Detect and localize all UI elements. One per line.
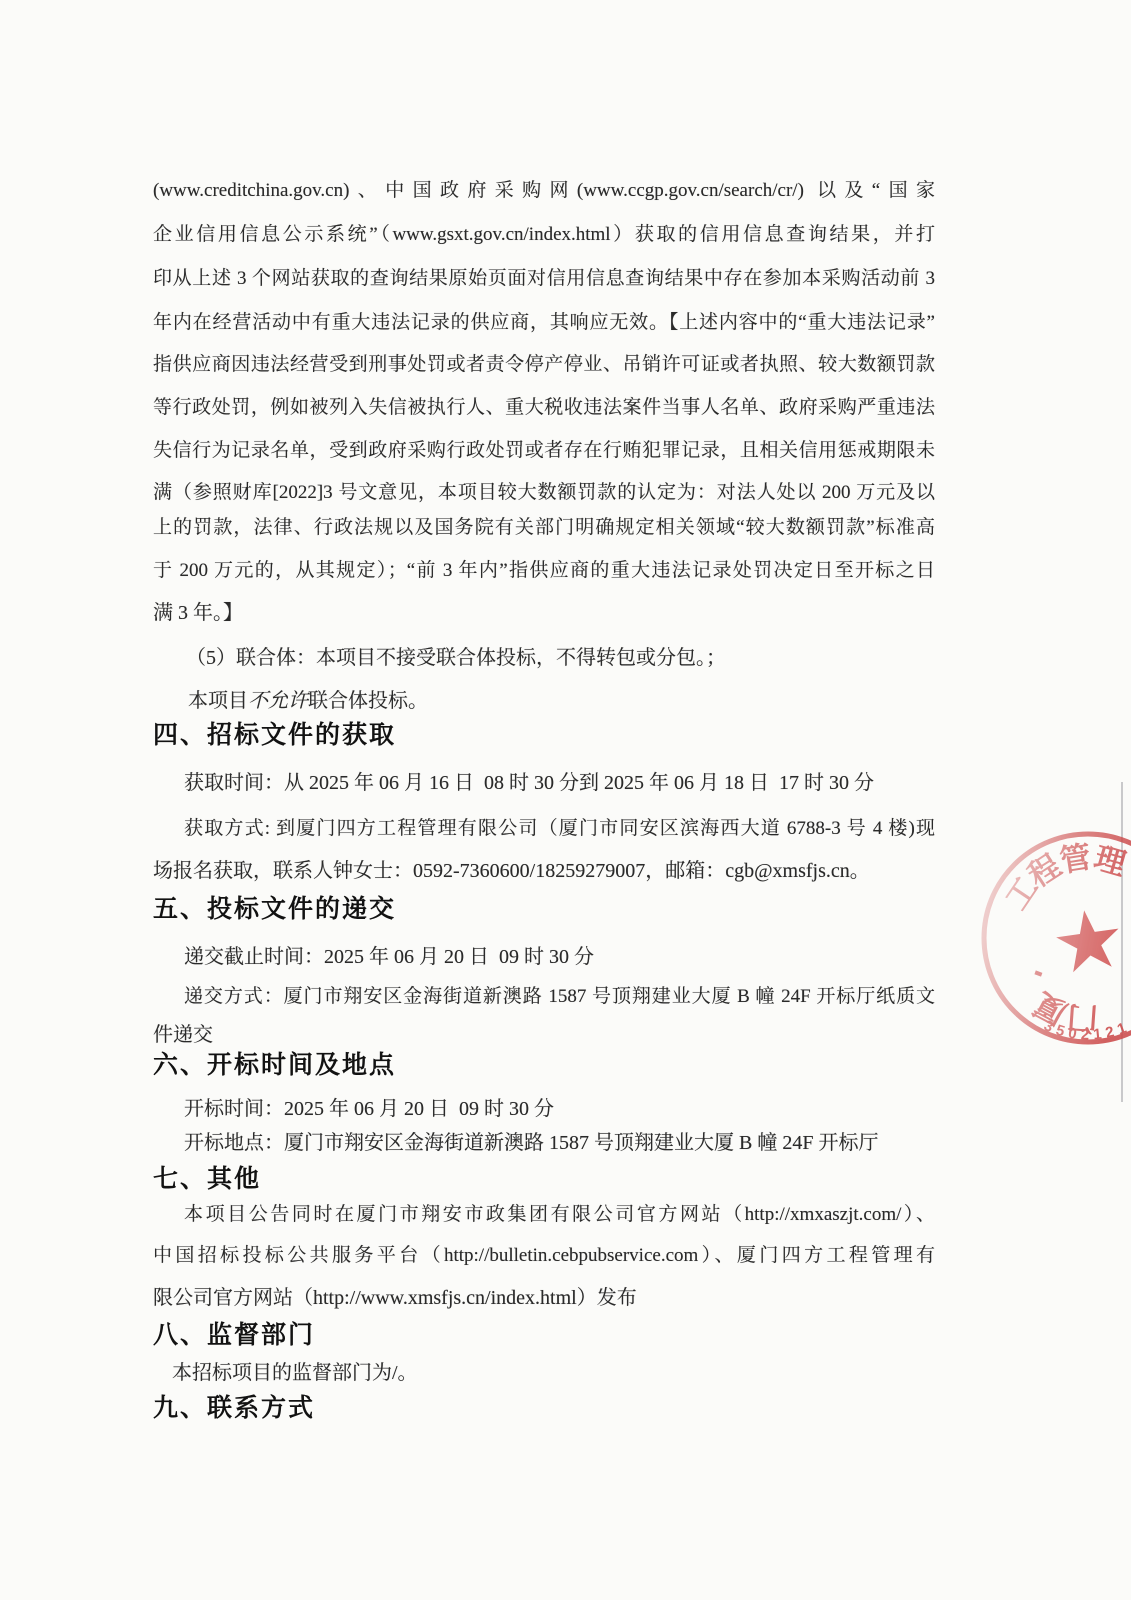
- seal-serial-digit: 2: [1081, 1026, 1090, 1043]
- doc-line: 递交方式：厦门市翔安区金海街道新澳路 1587 号顶翔建业大厦 B 幢 24F …: [184, 984, 935, 1010]
- doc-line: 开标时间：2025 年 06 月 20 日 09 时 30 分: [184, 1096, 554, 1122]
- document-page: (www.creditchina.gov.cn)、中国政府采购网(www.ccg…: [0, 0, 1131, 1600]
- seal-serial-digit: 1: [1092, 1026, 1102, 1044]
- doc-line: 获取方式: 到厦门四方工程管理有限公司（厦门市同安区滨海西大道 6788-3 号…: [184, 816, 935, 842]
- seal-ring-char: 理: [1090, 840, 1129, 882]
- doc-line: 本项目公告同时在厦门市翔安市政集团有限公司官方网站（http://xmxaszj…: [184, 1202, 935, 1228]
- seal-ring-char: 管: [1057, 839, 1093, 878]
- doc-line: 企业信用信息公示系统”（www.gsxt.gov.cn/index.html）获…: [153, 222, 935, 248]
- doc-text: 联合体投标。: [308, 690, 428, 712]
- doc-line: 满 3 年。】: [153, 600, 243, 626]
- seal-smudge: [1034, 970, 1042, 976]
- doc-line: （5）联合体：本项目不接受联合体投标，不得转包或分包。；: [186, 645, 726, 671]
- doc-line: 年内在经营活动中有重大违法记录的供应商，其响应无效。【上述内容中的“重大违法记录…: [153, 310, 935, 336]
- company-seal: ★ 工程管理厦门 3502121: [938, 788, 1131, 1088]
- doc-line: 限公司官方网站（http://www.xmsfjs.cn/index.html）…: [153, 1285, 637, 1311]
- section-heading: 六、开标时间及地点: [153, 1052, 396, 1078]
- doc-line: 开标地点：厦门市翔安区金海街道新澳路 1587 号顶翔建业大厦 B 幢 24F …: [184, 1130, 878, 1156]
- doc-line: 印从上述 3 个网站获取的查询结果原始页面对信用信息查询结果中存在参加本采购活动…: [153, 266, 935, 292]
- section-heading: 七、其他: [153, 1166, 261, 1192]
- doc-line: 失信行为记录名单，受到政府采购行政处罚或者存在行贿犯罪记录，且相关信用惩戒期限未: [153, 438, 935, 464]
- doc-line: 指供应商因违法经营受到刑事处罚或者责令停产停业、吊销许可证或者执照、较大数额罚款: [153, 352, 935, 378]
- star-icon: ★: [1046, 892, 1131, 992]
- doc-line: 中国招标投标公共服务平台（http://bulletin.cebpubservi…: [153, 1243, 935, 1269]
- doc-line: 满（参照财库[2022]3 号文意见，本项目较大数额罚款的认定为：对法人处以 2…: [153, 480, 935, 506]
- doc-line: 上的罚款，法律、行政法规以及国务院有关部门明确规定相关领域“较大数额罚款”标准高: [153, 515, 935, 541]
- doc-line: 于 200 万元的，从其规定）；“前 3 年内”指供应商的重大违法记录处罚决定日…: [153, 558, 935, 584]
- doc-text: 本项目: [188, 690, 248, 712]
- section-heading: 五、投标文件的递交: [153, 896, 396, 922]
- section-heading: 九、联系方式: [153, 1395, 315, 1421]
- doc-line: 场报名获取，联系人钟女士：0592-7360600/18259279007，邮箱…: [153, 858, 870, 884]
- section-heading: 八、监督部门: [153, 1322, 315, 1348]
- doc-line: 递交截止时间：2025 年 06 月 20 日 09 时 30 分: [184, 944, 594, 970]
- doc-line: 本项目不允许联合体投标。: [188, 688, 428, 714]
- emphasized-text: 不允许: [248, 690, 308, 712]
- doc-line: 获取时间：从 2025 年 06 月 16 日 08 时 30 分到 2025 …: [184, 770, 874, 796]
- doc-line: 等行政处罚，例如被列入失信被执行人、重大税收违法案件当事人名单、政府采购严重违法: [153, 395, 935, 421]
- doc-line: (www.creditchina.gov.cn)、中国政府采购网(www.ccg…: [153, 178, 935, 204]
- doc-line: 本招标项目的监督部门为/。: [172, 1360, 418, 1386]
- section-heading: 四、招标文件的获取: [153, 722, 396, 748]
- doc-line: 件递交: [153, 1022, 213, 1048]
